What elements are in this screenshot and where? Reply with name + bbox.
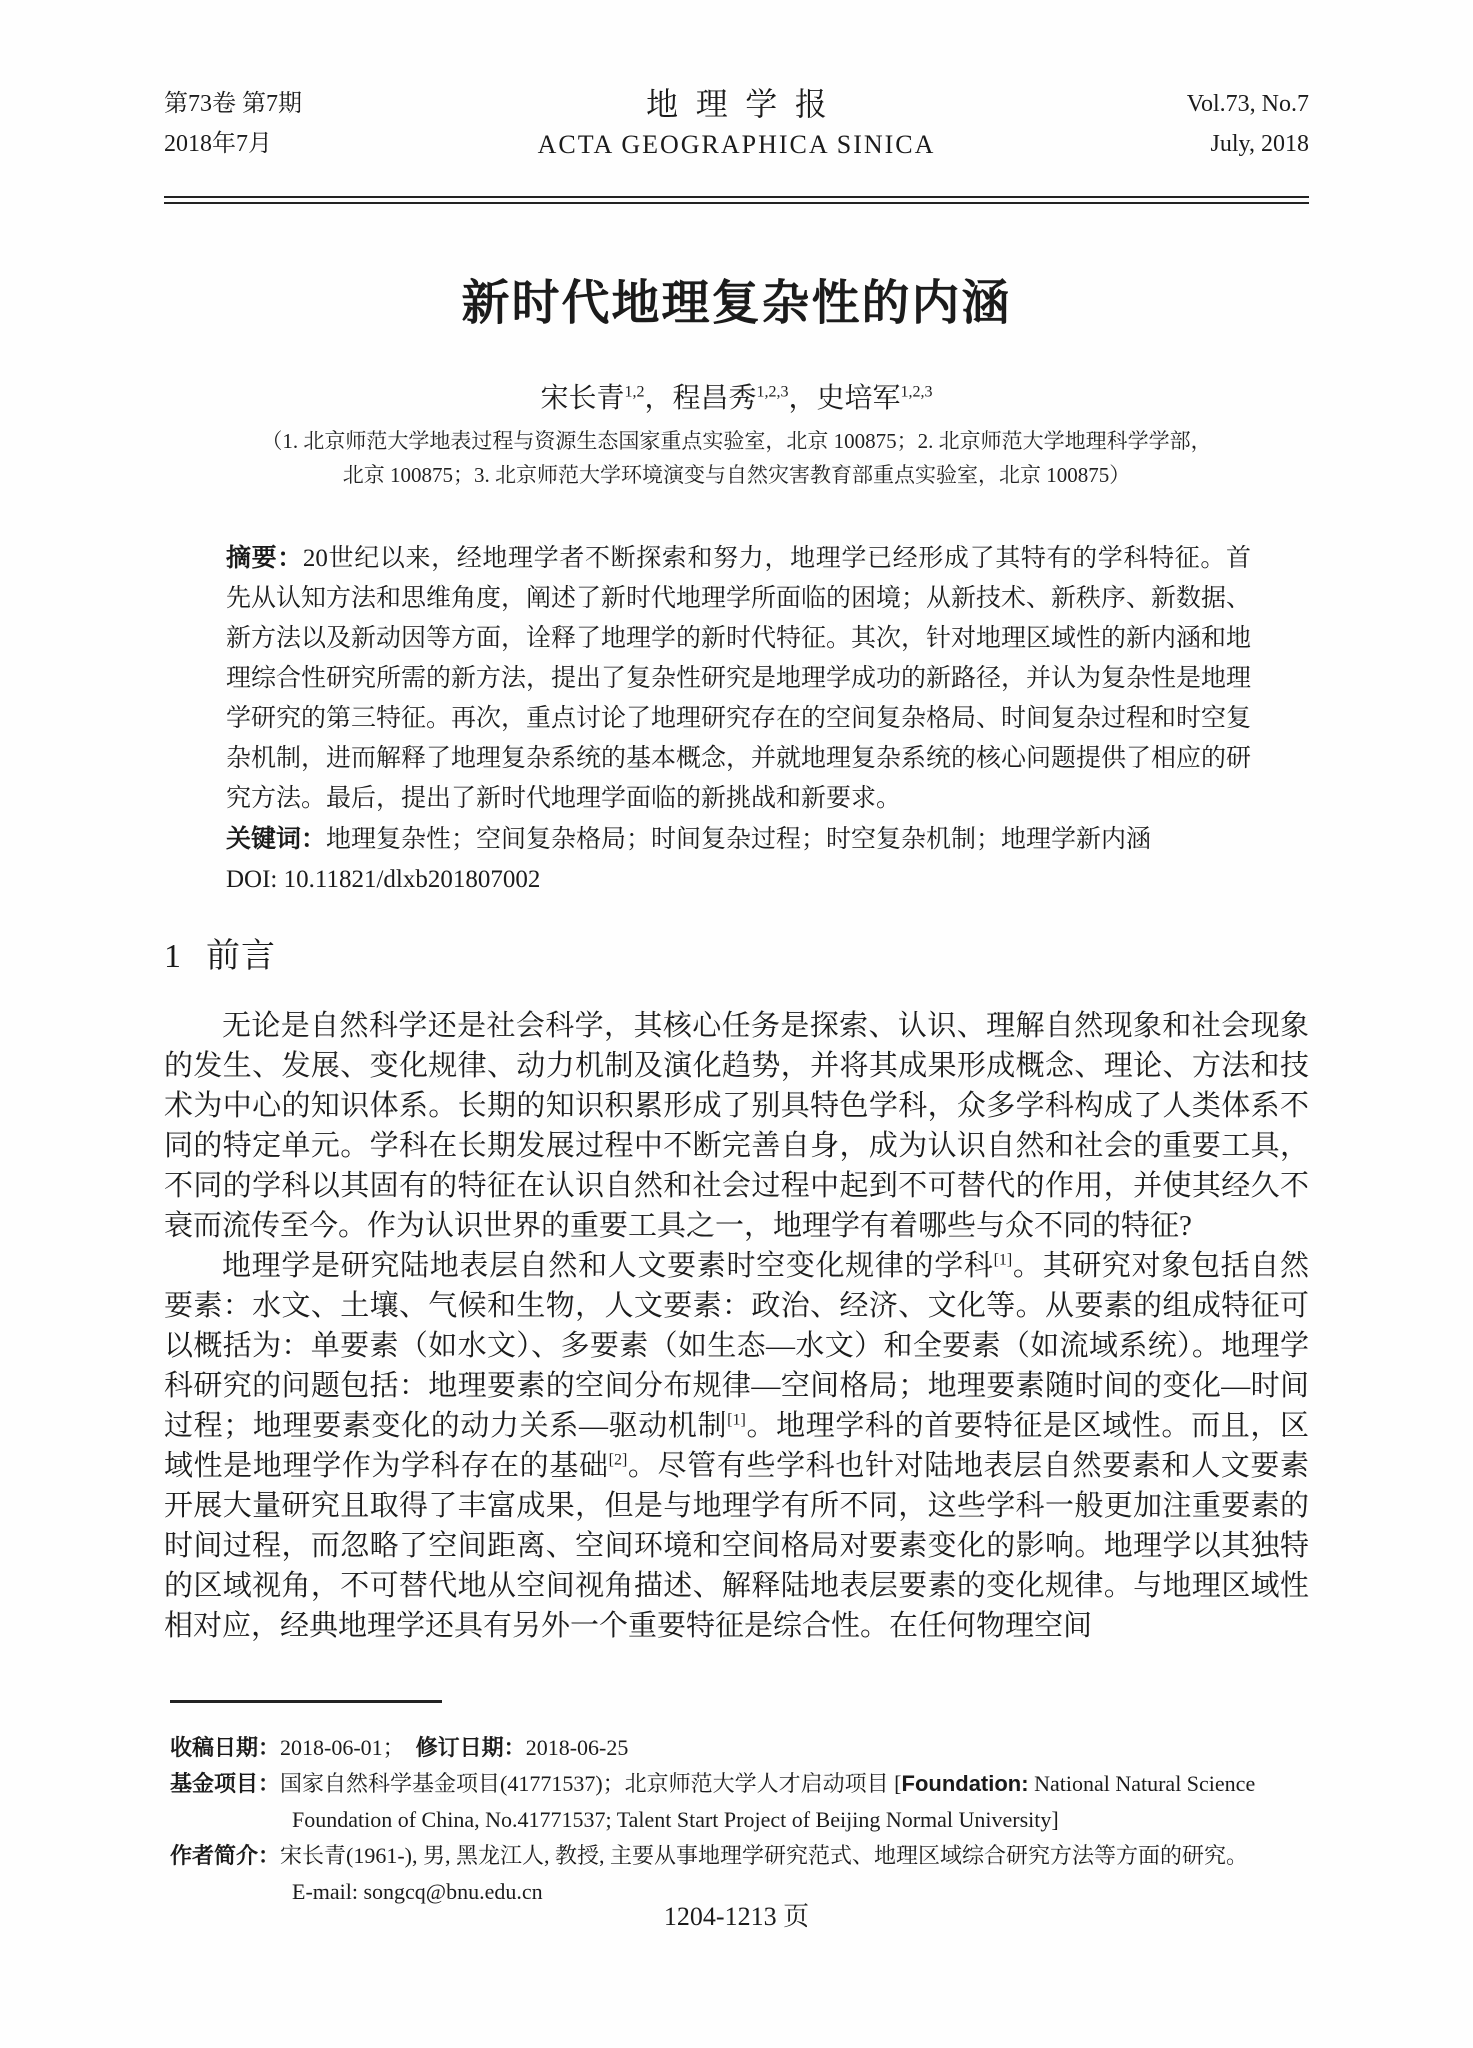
article-title: 新时代地理复杂性的内涵 xyxy=(164,264,1309,333)
body-paragraph-2: 地理学是研究陆地表层自然和人文要素时空变化规律的学科[1]。其研究对象包括自然要… xyxy=(164,1246,1309,1646)
journal-header: 第73卷 第7期 2018年7月 地理学报 ACTA GEOGRAPHICA S… xyxy=(164,84,1309,166)
header-divider xyxy=(164,196,1309,204)
section-title: 前言 xyxy=(206,938,276,975)
body-paragraph-1: 无论是自然科学还是社会科学，其核心任务是探索、认识、理解自然现象和社会现象的发生… xyxy=(164,1006,1309,1246)
abstract-paragraph: 摘要：20世纪以来，经地理学者不断探索和努力，地理学已经形成了其特有的学科特征。… xyxy=(226,538,1251,819)
author-line: 宋长青1,2，程昌秀1,2,3，史培军1,2,3 xyxy=(164,376,1309,416)
journal-header-right: Vol.73, No.7 July, 2018 xyxy=(1069,84,1309,164)
journal-title-en: ACTA GEOGRAPHICA SINICA xyxy=(404,124,1069,166)
page-content: 第73卷 第7期 2018年7月 地理学报 ACTA GEOGRAPHICA S… xyxy=(164,0,1309,2048)
affiliation-line-2: 北京 100875；3. 北京师范大学环境演变与自然灾害教育部重点实验室，北京 … xyxy=(164,458,1309,492)
journal-title-cn: 地理学报 xyxy=(404,84,1087,124)
journal-header-left: 第73卷 第7期 2018年7月 xyxy=(164,84,404,164)
received-revised-line: 收稿日期：2018-06-01； 修订日期：2018-06-25 xyxy=(170,1730,1309,1766)
page-range: 1204-1213 页 xyxy=(164,1896,1309,1933)
body-text: 无论是自然科学还是社会科学，其核心任务是探索、认识、理解自然现象和社会现象的发生… xyxy=(164,1006,1309,1646)
footer-meta: 收稿日期：2018-06-01； 修订日期：2018-06-25 基金项目：国家… xyxy=(170,1730,1309,1910)
journal-date-cn: 2018年7月 xyxy=(164,124,404,164)
author-bio-line: 作者简介：宋长青(1961-), 男, 黑龙江人, 教授, 主要从事地理学研究范… xyxy=(170,1838,1309,1874)
footnote-rule xyxy=(170,1700,442,1703)
journal-header-center: 地理学报 ACTA GEOGRAPHICA SINICA xyxy=(404,84,1069,166)
keywords-line: 关键词：地理复杂性；空间复杂格局；时间复杂过程；时空复杂机制；地理学新内涵 xyxy=(226,819,1251,860)
doi-line: DOI: 10.11821/dlxb201807002 xyxy=(226,860,1251,900)
foundation-line: 基金项目：国家自然科学基金项目(41771537)；北京师范大学人才启动项目 [… xyxy=(170,1766,1309,1838)
journal-article-page: 第73卷 第7期 2018年7月 地理学报 ACTA GEOGRAPHICA S… xyxy=(0,0,1473,2048)
journal-issue-cn: 第73卷 第7期 xyxy=(164,84,404,124)
section-number: 1 xyxy=(164,938,182,975)
journal-volume-en: Vol.73, No.7 xyxy=(1069,84,1309,124)
section-heading: 1前言 xyxy=(164,928,1309,977)
affiliation-line-1: （1. 北京师范大学地表过程与资源生态国家重点实验室，北京 100875；2. … xyxy=(164,424,1309,458)
abstract-block: 摘要：20世纪以来，经地理学者不断探索和努力，地理学已经形成了其特有的学科特征。… xyxy=(226,538,1251,900)
journal-date-en: July, 2018 xyxy=(1069,124,1309,164)
